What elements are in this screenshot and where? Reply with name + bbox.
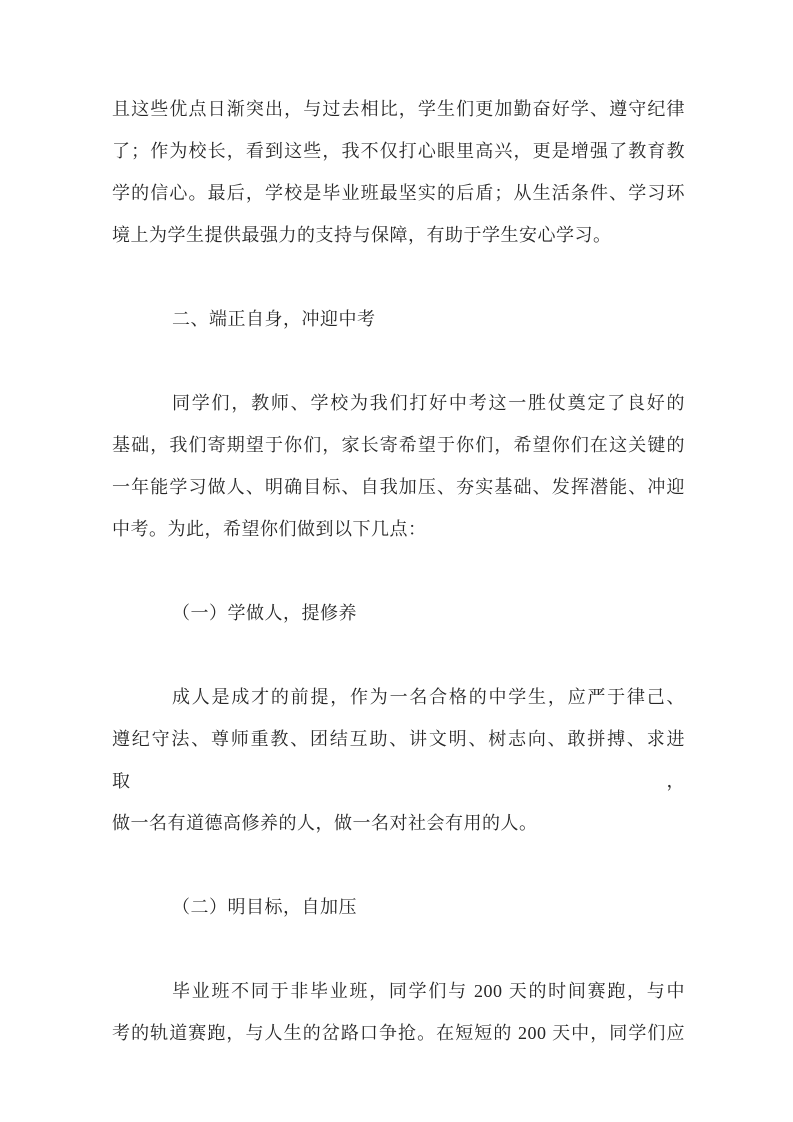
paragraph-line: 成人是成才的前提，作为一名合格的中学生，应严于律己、 — [112, 676, 685, 718]
paragraph: 且这些优点日渐突出，与过去相比，学生们更加勤奋好学、遵守纪律了；作为校长，看到这… — [112, 88, 685, 256]
paragraph-line: 考的轨道赛跑，与人生的岔路口争抢。在短短的 200 天中，同学们应 — [112, 1012, 685, 1054]
document-content: 且这些优点日渐突出，与过去相比，学生们更加勤奋好学、遵守纪律了；作为校长，看到这… — [112, 88, 685, 1096]
paragraph: 同学们，教师、学校为我们打好中考这一胜仗奠定了良好的基础，我们寄期望于你们，家长… — [112, 382, 685, 550]
paragraph-line: 学的信心。最后，学校是毕业班最坚实的后盾；从生活条件、学习环 — [112, 172, 685, 214]
paragraph-line: 基础，我们寄期望于你们，家长寄希望于你们，希望你们在这关键的 — [112, 424, 685, 466]
section-heading: 二、端正自身，冲迎中考 — [112, 298, 685, 340]
paragraph: 毕业班不同于非毕业班，同学们与 200 天的时间赛跑，与中考的轨道赛跑，与人生的… — [112, 970, 685, 1054]
paragraph-line: 遵纪守法、尊师重教、团结互助、讲文明、树志向、敢拼搏、求进取， — [112, 718, 685, 802]
paragraph-line: 做一名有道德高修养的人，做一名对社会有用的人。 — [112, 802, 685, 844]
paragraph-line: 且这些优点日渐突出，与过去相比，学生们更加勤奋好学、遵守纪律 — [112, 88, 685, 130]
paragraph-line: 境上为学生提供最强力的支持与保障，有助于学生安心学习。 — [112, 214, 685, 256]
section-heading: （一）学做人，提修养 — [112, 592, 685, 634]
document-page: 且这些优点日渐突出，与过去相比，学生们更加勤奋好学、遵守纪律了；作为校长，看到这… — [0, 0, 793, 1122]
paragraph-line: 中考。为此，希望你们做到以下几点： — [112, 508, 685, 550]
section-heading: （二）明目标，自加压 — [112, 886, 685, 928]
paragraph-line: 一年能学习做人、明确目标、自我加压、夯实基础、发挥潜能、冲迎 — [112, 466, 685, 508]
paragraph-line: 毕业班不同于非毕业班，同学们与 200 天的时间赛跑，与中 — [112, 970, 685, 1012]
paragraph-line: 同学们，教师、学校为我们打好中考这一胜仗奠定了良好的 — [112, 382, 685, 424]
paragraph-line: 了；作为校长，看到这些，我不仅打心眼里高兴，更是增强了教育教 — [112, 130, 685, 172]
paragraph: 成人是成才的前提，作为一名合格的中学生，应严于律己、遵纪守法、尊师重教、团结互助… — [112, 676, 685, 844]
